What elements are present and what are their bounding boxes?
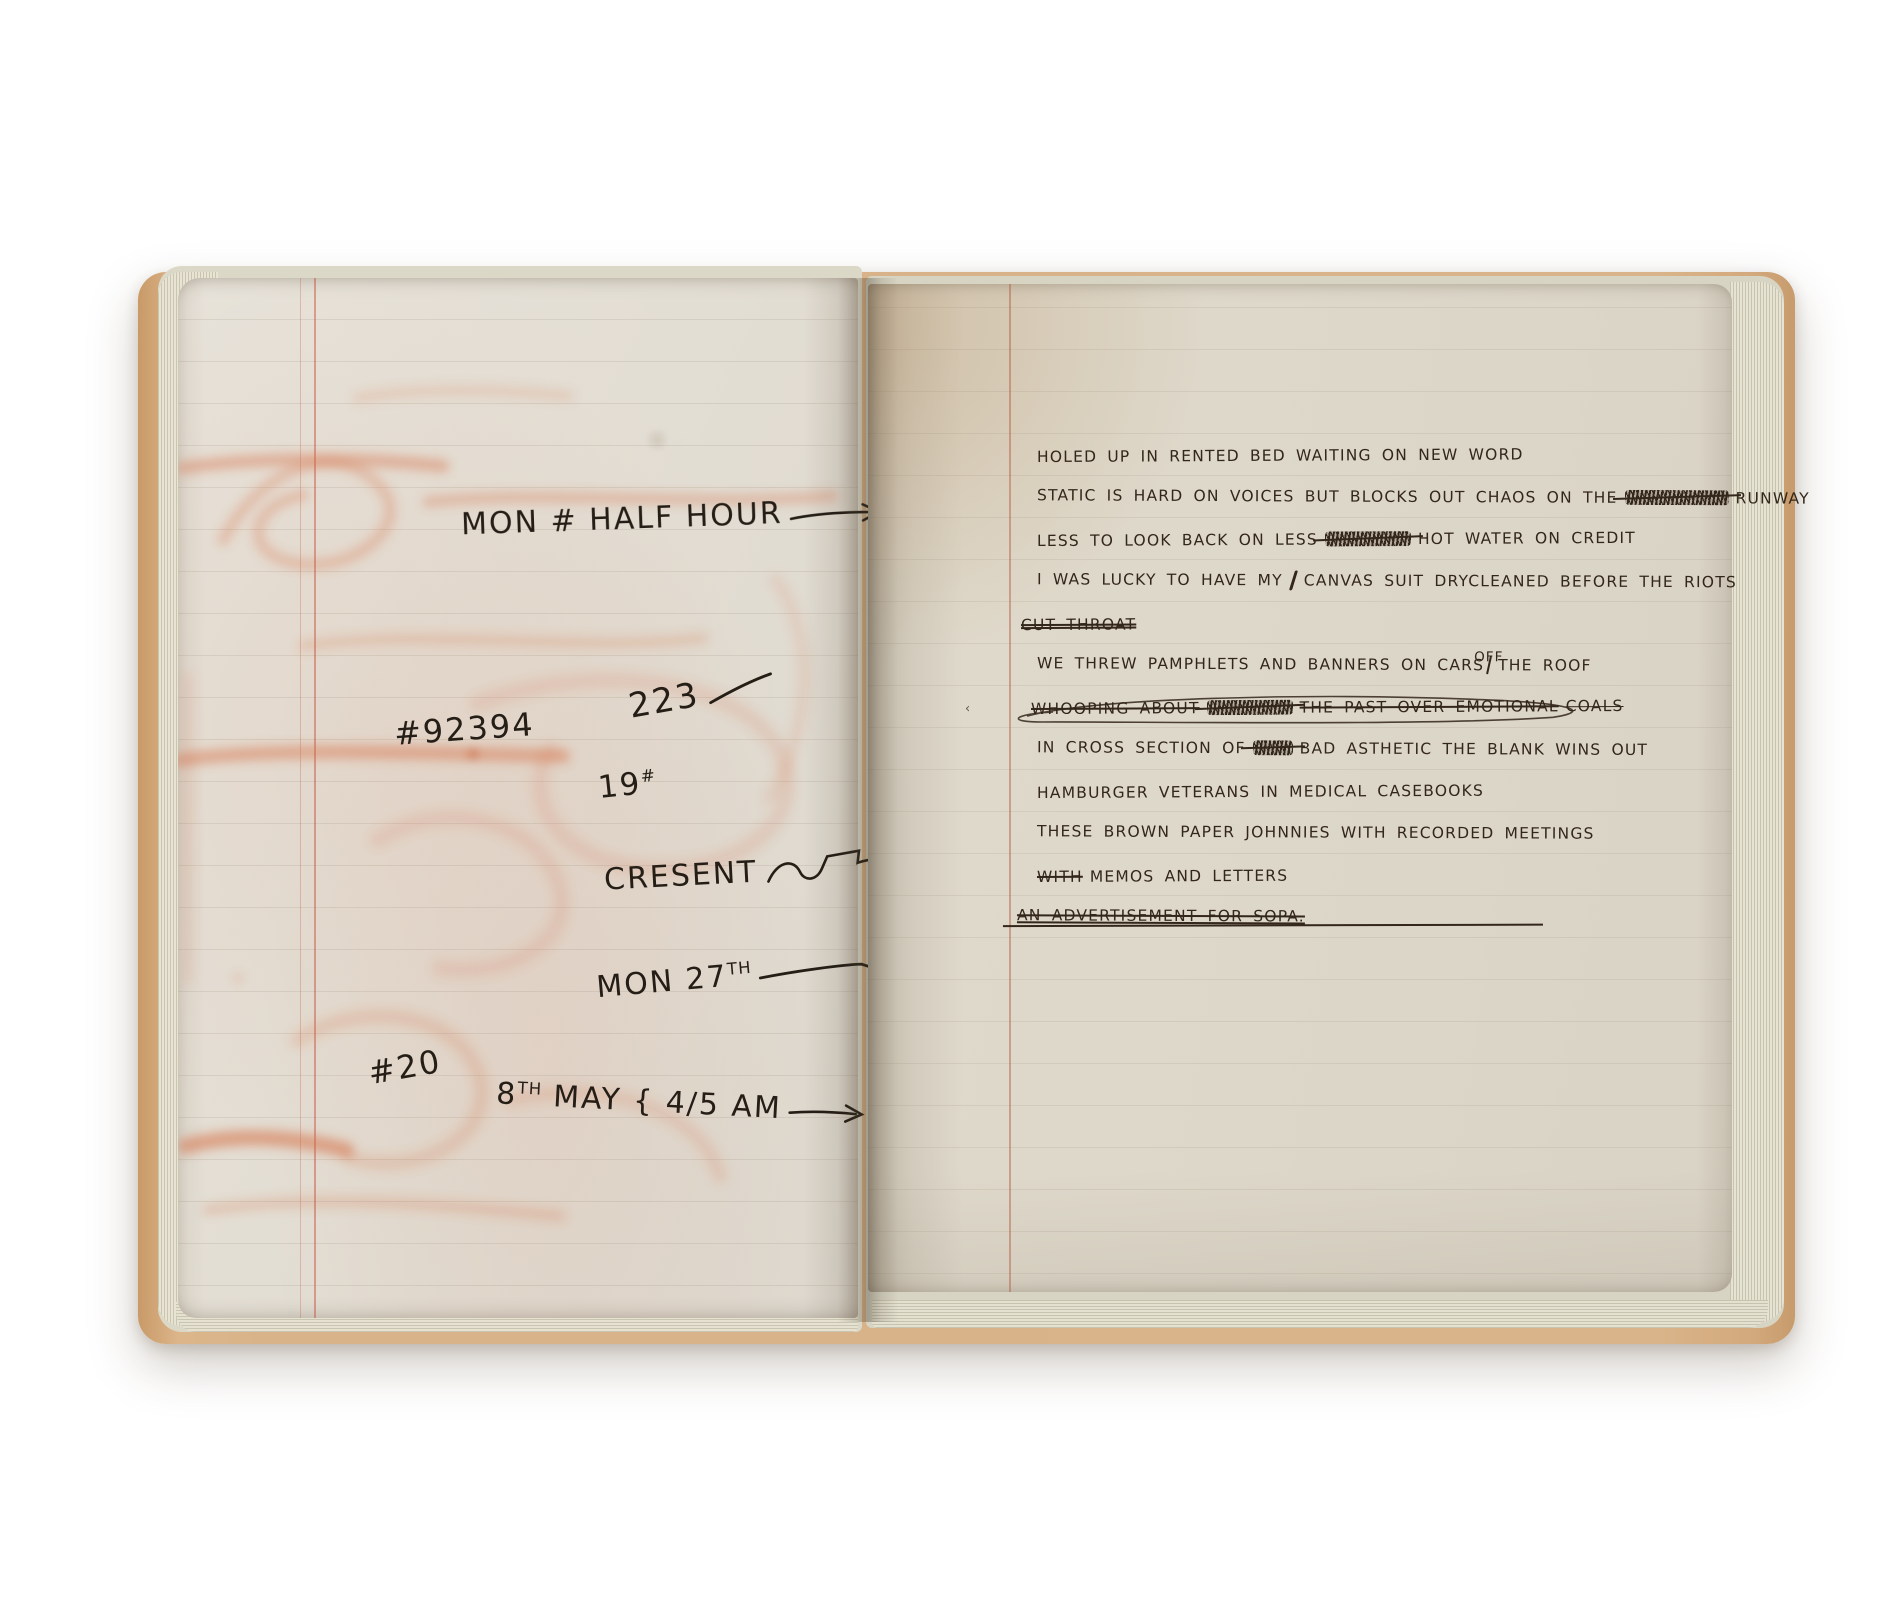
struck-out-text: CUT THROAT [1021,615,1136,634]
poem-line-4: I WAS LUCKY TO HAVE MYCANVAS SUIT DRYCLE… [1037,558,1817,603]
note-text: CRESENT [603,855,758,898]
left-page: MON # HALF HOUR 223 #92394 19# CRESENT M… [178,278,858,1318]
handwritten-poem: HOLED UP IN RENTED BED WAITING ON NEW WO… [1037,434,1817,938]
line-text: WE THREW PAMPHLETS AND BANNERS ON CARS [1037,654,1484,674]
struck-out-text: COALS [1566,697,1624,715]
line-text: MEMOS AND LETTERS [1090,867,1289,886]
strike-extension-line [1003,924,1543,927]
note-sup: # [640,766,657,787]
notebook-photo: MON # HALF HOUR 223 #92394 19# CRESENT M… [0,0,1900,1600]
scribbled-out-word [1253,740,1293,755]
poem-line-7: WHOOPING ABOUTTHE PAST OVER EMOTIONALCOA… [1031,684,1817,730]
line-text: CANVAS SUIT DRYCLEANED BEFORE THE RIOTS [1304,571,1737,591]
note-sup: TH [517,1078,542,1098]
poem-line-1: HOLED UP IN RENTED BED WAITING ON NEW WO… [1037,432,1817,478]
poem-line-8: IN CROSS SECTION OFBAD ASTHETIC THE BLAN… [1037,726,1817,771]
poem-line-12: AN ADVERTISEMENT FOR SOPA. [1017,894,1817,939]
insertion-caret-mark [1289,570,1298,590]
line-text: HOLED UP IN RENTED BED WAITING ON NEW WO… [1037,445,1524,466]
note-text: 8 [495,1076,518,1112]
scribbled-out-word [1624,490,1728,505]
line-text: THESE BROWN PAPER JOHNNIES WITH RECORDED… [1037,822,1595,842]
poem-line-11: WITHMEMOS AND LETTERS [1037,852,1817,898]
poem-line-6: WE THREW PAMPHLETS AND BANNERS ON CARSOF… [1037,642,1817,687]
note-sup: TH [726,958,752,979]
line-text: HAMBURGER VETERANS IN MEDICAL CASEBOOKS [1037,782,1484,802]
struck-out-text: WHOOPING ABOUT [1031,699,1200,718]
note-text: 19 [596,766,643,806]
line-text: I WAS LUCKY TO HAVE MY [1037,570,1283,589]
rising-dash-icon [703,669,779,709]
red-margin-line [1009,284,1011,1292]
struck-out-text: AN ADVERTISEMENT FOR SOPA. [1017,906,1305,925]
poem-line-3: LESS TO LOOK BACK ON LESSHOT WATER ON CR… [1037,516,1817,562]
scribbled-out-word [1207,700,1293,715]
scribbled-out-word [1325,531,1411,546]
note-19: 19# [596,764,658,806]
right-page: HOLED UP IN RENTED BED WAITING ON NEW WO… [868,284,1732,1292]
struck-out-text: WITH [1037,868,1083,886]
poem-line-2: STATIC IS HARD ON VOICES BUT BLOCKS OUT … [1037,474,1817,519]
long-dash-icon [757,953,878,985]
line-text: THE ROOF [1498,656,1592,674]
poem-line-5: CUT THROAT [1021,600,1817,646]
struck-out-text: THE PAST OVER EMOTIONAL [1300,697,1559,716]
line-text: HOT WATER ON CREDIT [1418,529,1636,548]
line-text: IN CROSS SECTION OF [1037,738,1246,757]
line-text: LESS TO LOOK BACK ON LESS [1037,531,1318,550]
line-text: STATIC IS HARD ON VOICES BUT BLOCKS OUT … [1037,486,1618,507]
poem-line-10: THESE BROWN PAPER JOHNNIES WITH RECORDED… [1037,810,1817,855]
line-text: BAD ASTHETIC THE BLANK WINS OUT [1300,739,1649,759]
poem-line-9: HAMBURGER VETERANS IN MEDICAL CASEBOOKS [1037,768,1817,814]
line-text: RUNWAY [1735,489,1809,507]
crayon-bleed-through-marks [178,278,858,1318]
long-arrow-right-icon [787,1097,868,1127]
